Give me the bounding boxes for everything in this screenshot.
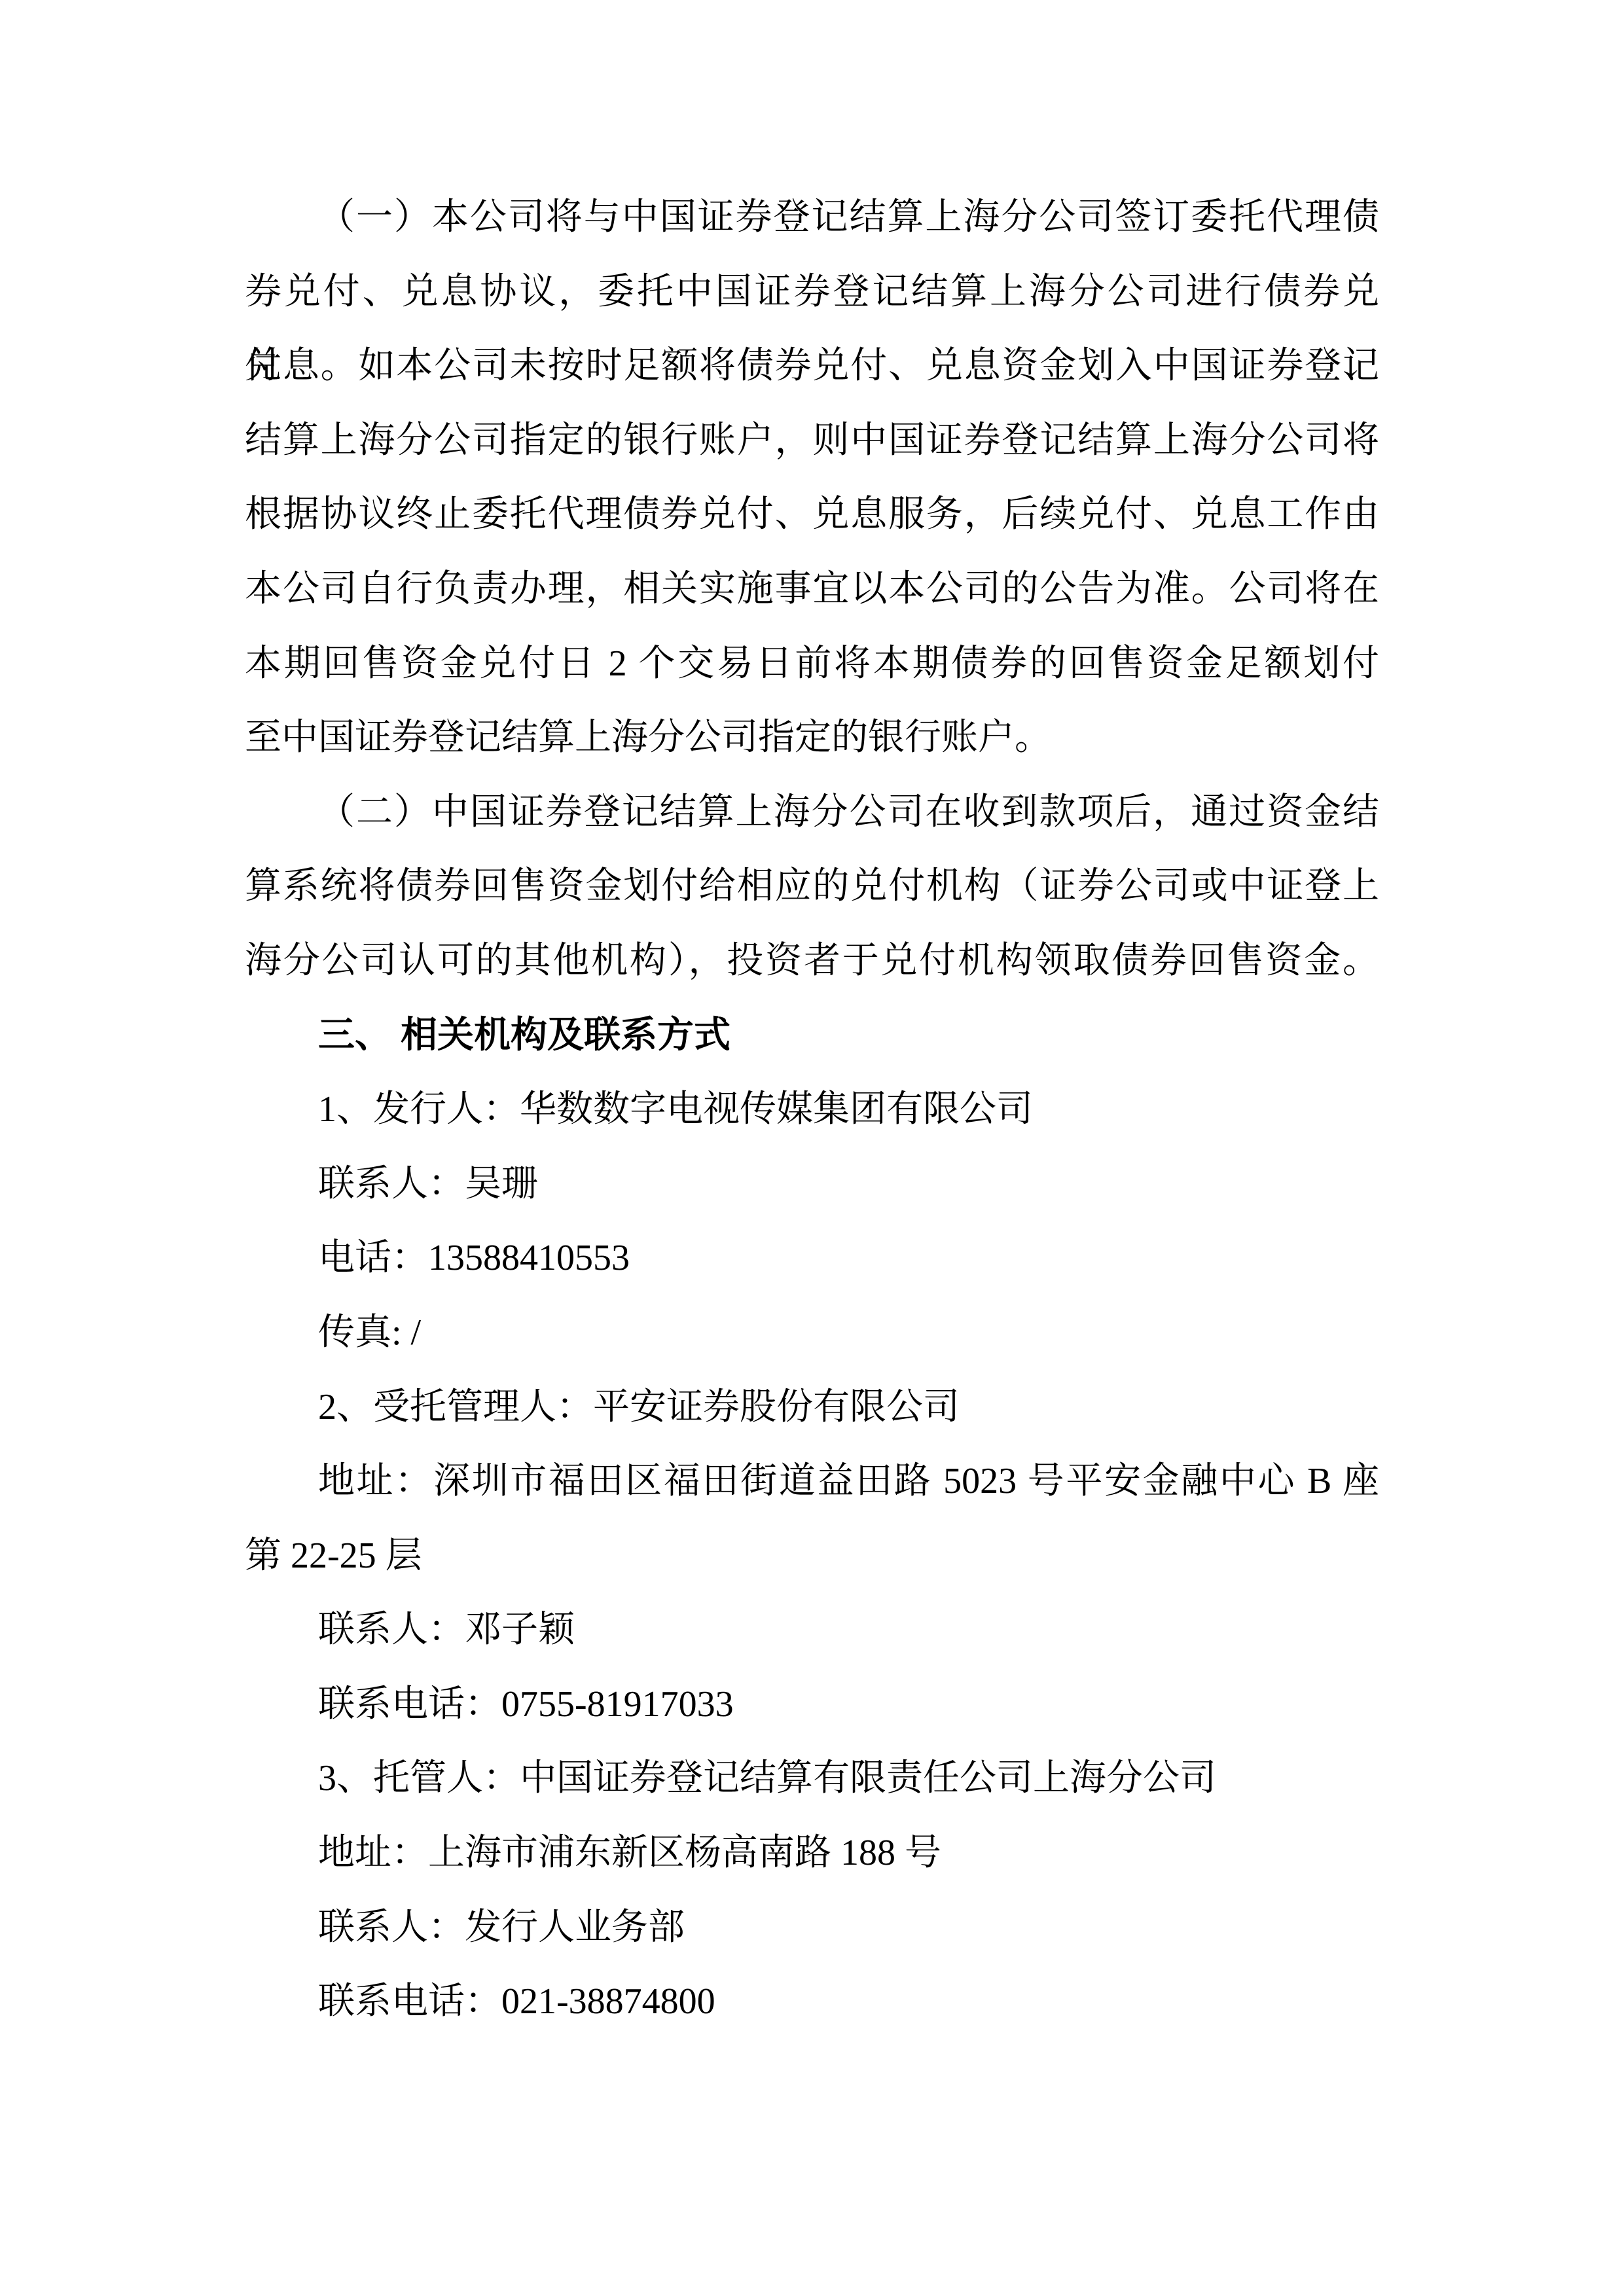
text-line: 传真: /	[245, 1296, 1379, 1371]
text-line: 联系电话：0755-81917033	[245, 1668, 1379, 1742]
text-line: （二）中国证券登记结算上海分公司在收到款项后，通过资金结	[245, 776, 1379, 850]
text-line: 联系人：邓子颖	[245, 1593, 1379, 1668]
text-line: 联系人：发行人业务部	[245, 1891, 1379, 1965]
text-line: 兑息。如本公司未按时足额将债券兑付、兑息资金划入中国证券登记	[245, 329, 1379, 404]
text-line: 联系人：吴珊	[245, 1147, 1379, 1222]
text-line: 地址：深圳市福田区福田街道益田路 5023 号平安金融中心 B 座	[245, 1444, 1379, 1519]
text-line: 本公司自行负责办理，相关实施事宜以本公司的公告为准。公司将在	[245, 552, 1379, 627]
text-line: 第 22-25 层	[245, 1519, 1379, 1594]
section-heading: 三、 相关机构及联系方式	[245, 999, 1379, 1073]
text-line: 海分公司认可的其他机构），投资者于兑付机构领取债券回售资金。	[245, 924, 1379, 999]
document-page: （一）本公司将与中国证券登记结算上海分公司签订委托代理债券兑付、兑息协议，委托中…	[0, 0, 1624, 2296]
text-line: 券兑付、兑息协议，委托中国证券登记结算上海分公司进行债券兑付、	[245, 255, 1379, 330]
text-line: 结算上海分公司指定的银行账户，则中国证券登记结算上海分公司将	[245, 404, 1379, 478]
text-line: 根据协议终止委托代理债券兑付、兑息服务，后续兑付、兑息工作由	[245, 478, 1379, 552]
text-line: 本期回售资金兑付日 2 个交易日前将本期债券的回售资金足额划付	[245, 627, 1379, 702]
text-line: 地址：上海市浦东新区杨高南路 188 号	[245, 1816, 1379, 1891]
text-line: 2、受托管理人：平安证券股份有限公司	[245, 1371, 1379, 1445]
document-body: （一）本公司将与中国证券登记结算上海分公司签订委托代理债券兑付、兑息协议，委托中…	[245, 181, 1379, 2039]
text-line: 联系电话：021-38874800	[245, 1965, 1379, 2039]
text-line: 算系统将债券回售资金划付给相应的兑付机构（证券公司或中证登上	[245, 850, 1379, 924]
text-line: 1、发行人：华数数字电视传媒集团有限公司	[245, 1073, 1379, 1147]
text-line: 3、托管人：中国证券登记结算有限责任公司上海分公司	[245, 1742, 1379, 1816]
text-line: 电话：13588410553	[245, 1221, 1379, 1296]
text-line: 至中国证券登记结算上海分公司指定的银行账户。	[245, 701, 1379, 776]
text-line: （一）本公司将与中国证券登记结算上海分公司签订委托代理债	[245, 181, 1379, 255]
